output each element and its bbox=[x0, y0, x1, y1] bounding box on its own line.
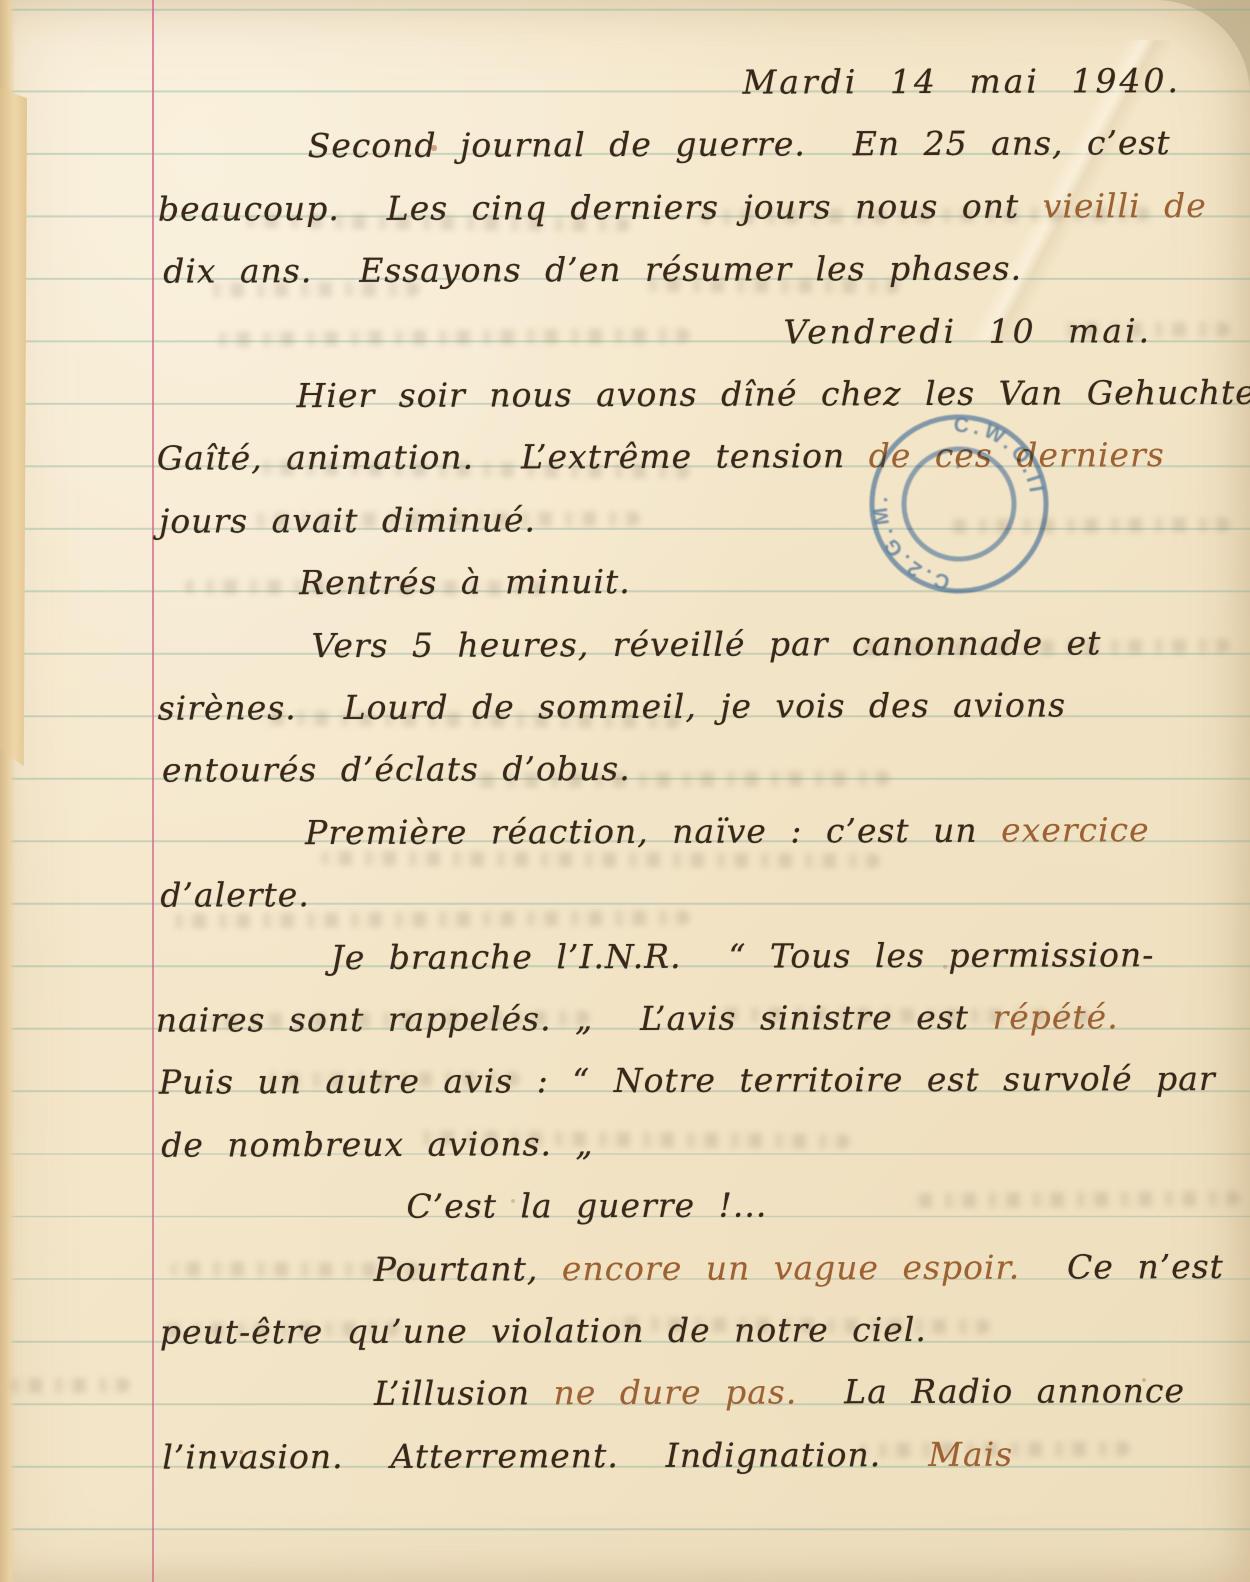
manuscript-segment: Mardi 14 mai 1940. bbox=[742, 61, 1181, 102]
manuscript-segment: Mais bbox=[928, 1434, 1013, 1473]
manuscript-line: entourés d’éclats d’obus. bbox=[162, 752, 631, 787]
manuscript-date-line: Vendredi 10 mai. bbox=[783, 314, 1152, 348]
manuscript-line: l’invasion. Atterrement. Indignation. Ma… bbox=[162, 1437, 1013, 1473]
manuscript-segment: exercice bbox=[1001, 810, 1150, 850]
manuscript-line: beaucoup. Les cinq derniers jours nous o… bbox=[158, 189, 1207, 226]
manuscript-text: Mardi 14 mai 1940.Second journal de guer… bbox=[0, 0, 1250, 1582]
manuscript-segment: ne dure pas. bbox=[554, 1373, 798, 1413]
manuscript-segment: encore un vague espoir. bbox=[562, 1247, 1020, 1288]
stamp-dot bbox=[956, 465, 960, 469]
manuscript-line: Hier soir nous avons dîné chez les Van G… bbox=[297, 376, 1250, 412]
manuscript-segment: Ce n’est bbox=[1020, 1247, 1224, 1287]
manuscript-segment: naires sont rappelés. „ L’avis sinistre … bbox=[156, 998, 993, 1040]
manuscript-segment: Je branche l’I.N.R. “ Tous les permissio… bbox=[331, 935, 1155, 977]
manuscript-line: sirènes. Lourd de sommeil, je vois des a… bbox=[158, 688, 1066, 724]
manuscript-segment: Vendredi 10 mai. bbox=[783, 311, 1152, 351]
manuscript-line: d’alerte. bbox=[160, 878, 310, 912]
manuscript-line: Je branche l’I.N.R. “ Tous les permissio… bbox=[331, 938, 1155, 974]
manuscript-segment: d’alerte. bbox=[160, 875, 310, 915]
svg-text:C.W.O.II: C.W.O.II bbox=[950, 402, 1049, 506]
stamp-text-top: C.W.O.II bbox=[950, 402, 1049, 506]
manuscript-line: de nombreux avions. „ bbox=[161, 1127, 593, 1162]
manuscript-line: jours avait diminué. bbox=[159, 503, 536, 537]
svg-text:C.2.G.M.: C.2.G.M. bbox=[866, 482, 955, 603]
manuscript-segment: Vers 5 heures, réveillé par canonnade et bbox=[311, 623, 1101, 665]
manuscript-segment: Gaîté, animation. L’extrême tension bbox=[157, 437, 869, 478]
manuscript-segment: La Radio annonce bbox=[797, 1371, 1185, 1411]
manuscript-segment: Hier soir nous avons dîné chez les Van G… bbox=[297, 373, 1250, 415]
manuscript-line: Second journal de guerre. En 25 ans, c’e… bbox=[308, 126, 1171, 162]
manuscript-segment: de nombreux avions. „ bbox=[161, 1124, 593, 1165]
scan-background: { "manuscript": { "lines": [ {"role":"da… bbox=[0, 0, 1250, 1582]
manuscript-segment: C’est la guerre !... bbox=[406, 1186, 767, 1226]
diary-page: Mardi 14 mai 1940.Second journal de guer… bbox=[0, 0, 1250, 1582]
manuscript-segment: l’invasion. Atterrement. Indignation. bbox=[162, 1435, 928, 1477]
stamp-text-bottom: C.2.G.M. bbox=[866, 482, 955, 603]
manuscript-segment: dix ans. Essayons d’en résumer les phase… bbox=[163, 249, 1022, 291]
manuscript-segment: Première réaction, naïve : c’est un bbox=[305, 810, 1001, 851]
manuscript-line: naires sont rappelés. „ L’avis sinistre … bbox=[156, 1000, 1119, 1036]
manuscript-segment: Puis un autre avis : “ Notre territoire … bbox=[159, 1059, 1216, 1102]
manuscript-segment: sirènes. Lourd de sommeil, je vois des a… bbox=[158, 685, 1066, 727]
manuscript-segment: Second journal de guerre. En 25 ans, c’e… bbox=[308, 123, 1171, 165]
manuscript-segment: Rentrés à minuit. bbox=[299, 562, 631, 602]
manuscript-segment: entourés d’éclats d’obus. bbox=[162, 749, 631, 790]
manuscript-segment: répété. bbox=[992, 997, 1118, 1036]
manuscript-line: Puis un autre avis : “ Notre territoire … bbox=[159, 1062, 1216, 1099]
manuscript-line: dix ans. Essayons d’en résumer les phase… bbox=[163, 252, 1022, 288]
manuscript-segment: jours avait diminué. bbox=[159, 500, 536, 540]
manuscript-line: L’illusion ne dure pas. La Radio annonce bbox=[374, 1374, 1185, 1410]
manuscript-line: C’est la guerre !... bbox=[406, 1189, 767, 1223]
manuscript-line: Pourtant, encore un vague espoir. Ce n’e… bbox=[374, 1250, 1224, 1286]
archive-stamp: C.W.O.II C.2.G.M. bbox=[852, 397, 1067, 612]
manuscript-segment: L’illusion bbox=[374, 1374, 554, 1414]
manuscript-segment: peut-être qu’une violation de notre ciel… bbox=[160, 1310, 927, 1352]
manuscript-line: Première réaction, naïve : c’est un exer… bbox=[305, 813, 1150, 849]
manuscript-line: peut-être qu’une violation de notre ciel… bbox=[160, 1313, 927, 1349]
manuscript-line: Rentrés à minuit. bbox=[299, 565, 631, 599]
manuscript-segment: vieilli de bbox=[1043, 186, 1207, 226]
manuscript-line: Vers 5 heures, réveillé par canonnade et bbox=[311, 626, 1101, 662]
archive-stamp-graphic: C.W.O.II C.2.G.M. bbox=[852, 397, 1067, 612]
manuscript-date-line: Mardi 14 mai 1940. bbox=[742, 64, 1180, 99]
manuscript-segment: beaucoup. Les cinq derniers jours nous o… bbox=[158, 186, 1043, 228]
stamp-inner-circle bbox=[897, 442, 1021, 566]
manuscript-segment: Pourtant, bbox=[374, 1249, 562, 1289]
